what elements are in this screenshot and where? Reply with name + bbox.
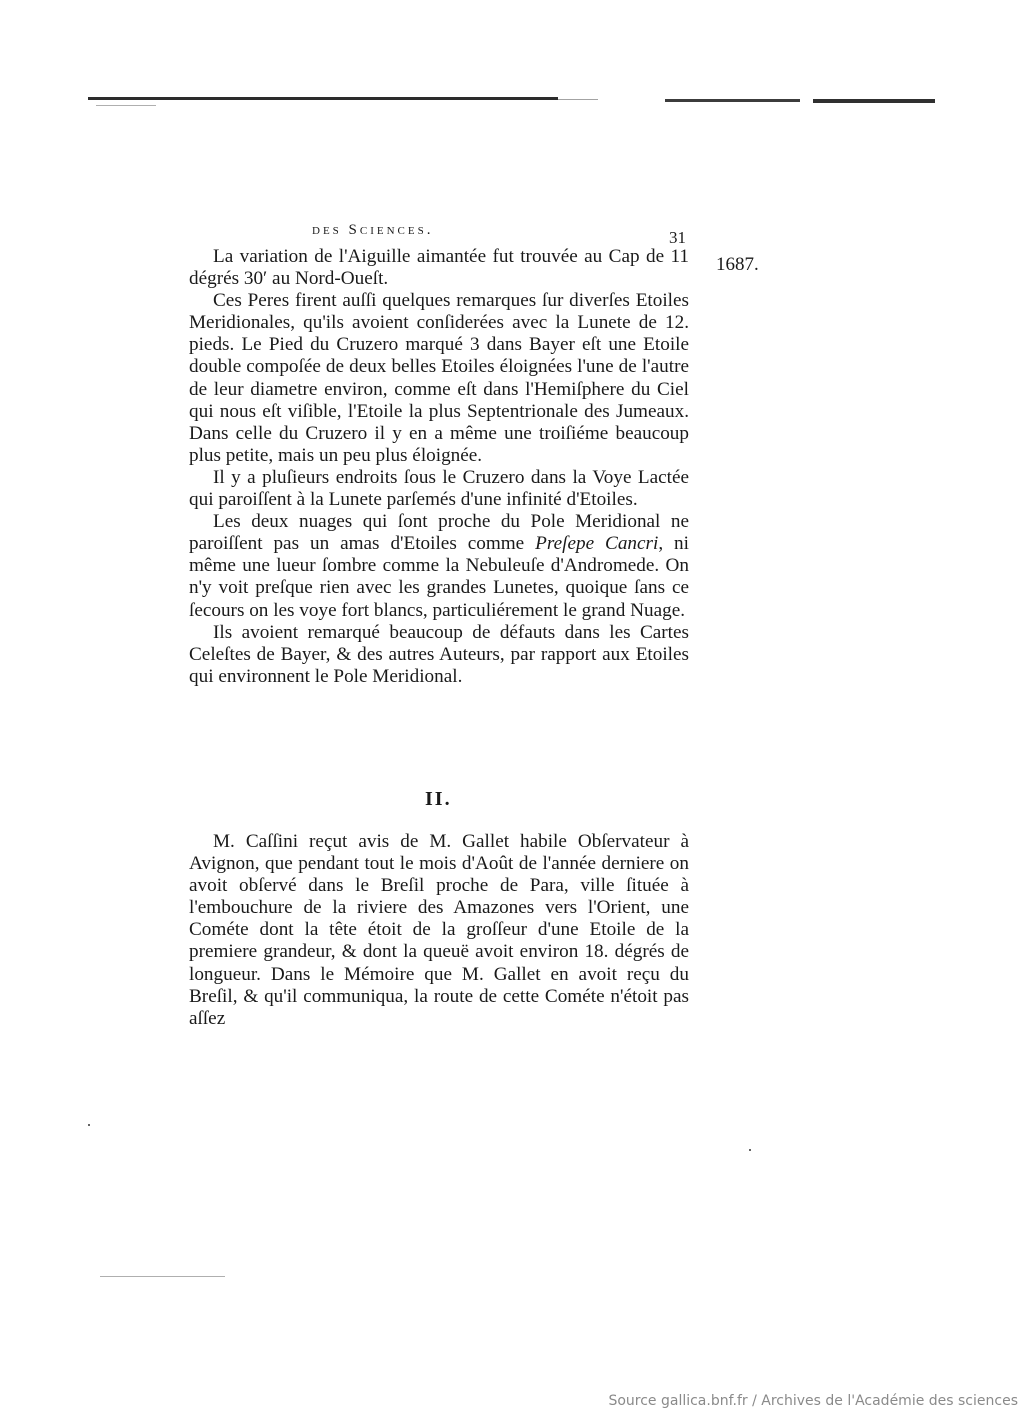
- header-rule: [665, 99, 800, 102]
- source-attribution: Source gallica.bnf.fr / Archives de l'Ac…: [608, 1393, 1018, 1409]
- section-2-body: M. Caſſini reçut avis de M. Gallet habil…: [189, 831, 689, 1030]
- speck: [88, 1124, 90, 1126]
- margin-year: 1687.: [716, 254, 759, 276]
- header-rule: [813, 99, 935, 103]
- paragraph: Ces Peres firent auſſi quelques remarque…: [189, 290, 689, 467]
- section-numeral: II.: [425, 788, 452, 811]
- paragraph: La variation de l'Aiguille aimantée fut …: [189, 246, 689, 290]
- header-rule: [558, 99, 598, 100]
- paragraph: Les deux nuages qui ſont proche du Pole …: [189, 511, 689, 621]
- paragraph: Ils avoient remarqué beaucoup de défauts…: [189, 622, 689, 688]
- footer-rule: [100, 1276, 225, 1277]
- paragraph: M. Caſſini reçut avis de M. Gallet habil…: [189, 831, 689, 1030]
- header-rule: [96, 105, 156, 106]
- running-head: des Sciences.: [312, 222, 433, 239]
- page-number: 31: [669, 228, 686, 248]
- italic-term: Preſepe Cancri: [535, 533, 658, 554]
- speck: [749, 1149, 751, 1151]
- header-rule: [88, 97, 558, 100]
- section-1-body: La variation de l'Aiguille aimantée fut …: [189, 246, 689, 688]
- paragraph: Il y a pluſieurs endroits ſous le Cruzer…: [189, 467, 689, 511]
